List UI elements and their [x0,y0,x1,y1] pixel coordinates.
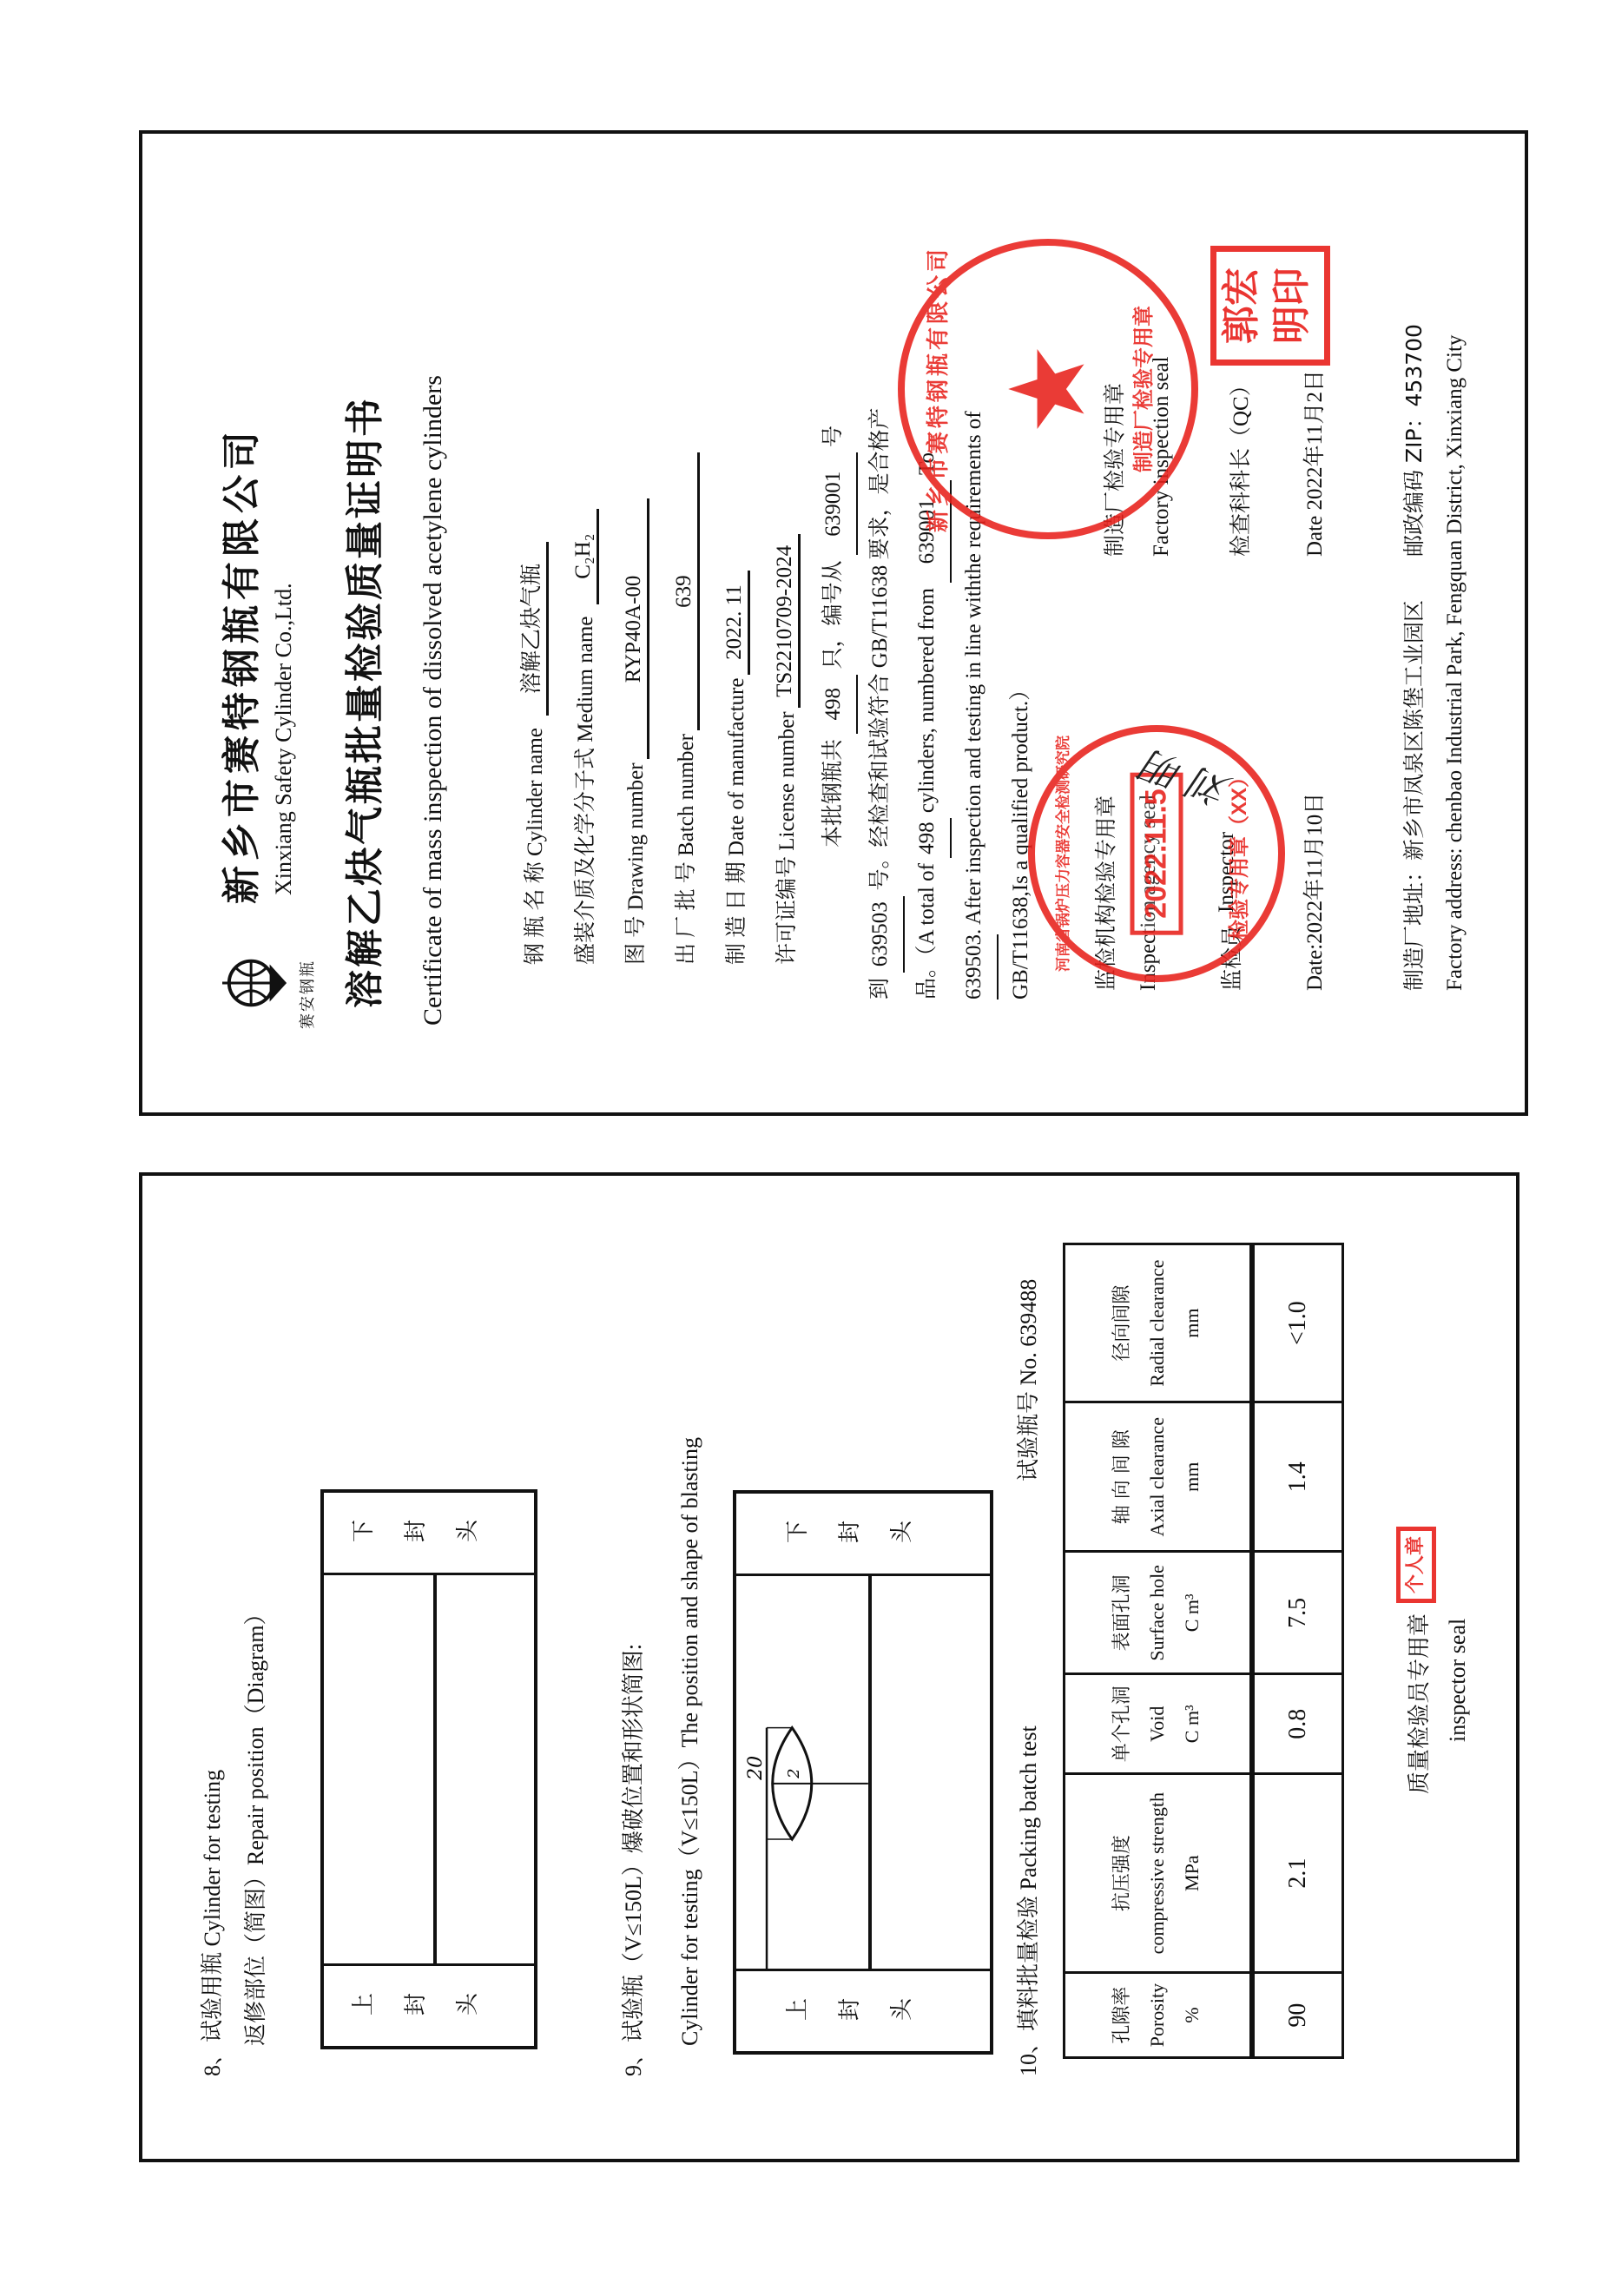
lower-head-label: 下封头 [324,1493,534,1575]
svg-text:2: 2 [785,1768,803,1778]
company-name-en: Xinxiang Safety Cylinder Co.,Ltd. [271,583,297,895]
star-icon: ★ [996,342,1100,436]
number-to: 639503 [858,896,905,973]
weld-seam-line [433,1573,437,1966]
section10-title: 10、填料批量检验 Packing batch test [1011,1725,1043,2076]
header-unit: % [1175,1977,1210,2053]
certificate-title-en: Certificate of mass inspection of dissol… [419,375,448,1026]
field-label: 出 厂 批 号 Batch number [669,734,700,965]
packing-batch-table: 孔隙率Porosity%抗压强度compressive strengthMPa单… [1063,1243,1344,2059]
section9-subtitle: Cylinder for testing（V≤150L）The position… [672,1437,704,2046]
column-header: 轴 向 间 隙Axial clearancemm [1065,1402,1253,1552]
svg-text:20: 20 [745,1756,767,1781]
test-record-panel: 8、试验用瓶 Cylinder for testing 返修部位（简图）Repa… [139,1172,1519,2162]
number-to-en: 639503 [952,934,999,1000]
field-license-number: 许可证编号 License number TS2210709-2024 [750,183,801,965]
number-from: 639001 [811,452,858,555]
certificate-page: 赛安钢瓶 新乡市赛特钢瓶有限公司 Xinxiang Safety Cylinde… [142,134,1525,1112]
cylinder-fields: 钢 瓶 名 称 Cylinder name 溶解乙炔气瓶 盛装介质及化学分子式 … [498,183,801,965]
factory-inspection-stamp: 新乡市赛特钢瓶有限公司 ★ 制造厂检验专用章 [898,239,1198,539]
statement-text: cylinders, numbered from [915,588,939,813]
header-en: Surface hole [1140,1556,1175,1669]
column-header: 孔隙率Porosity% [1065,1973,1253,2058]
column-header: 抗压强度compressive strengthMPa [1065,1774,1253,1973]
field-label: 制 造 日 期 Date of manufacture [719,678,750,965]
field-label: 图 号 Drawing number [618,762,649,965]
header-en: Radial clearance [1140,1249,1175,1397]
statement-text: 到 [868,978,892,1000]
section8-title: 8、试验用瓶 Cylinder for testing [194,1770,227,2076]
logo-caption: 赛安钢瓶 [295,960,318,1029]
header-cn: 单个孔洞 [1105,1679,1140,1769]
header-en: Axial clearance [1140,1407,1175,1547]
factory-address-cn: 制造厂地址：新乡市凤泉区陈堡工业园区 [1397,600,1428,991]
company-name-cn: 新乡市赛特钢瓶有限公司 [210,426,266,904]
field-label: 盛装介质及化学分子式 Medium name [568,617,599,965]
factory-address-en: Factory address: chenbao Industrial Park… [1443,335,1467,991]
statement-text: 号。经检查和试验符合 GB/T11638 要求，是合格产 [868,407,892,890]
table-cell: 90 [1252,1973,1343,2058]
statement-text: 号 [821,426,845,447]
inspector-seal-label-en: inspector seal [1445,1619,1471,1742]
statement-text: 本批钢瓶共 [821,739,845,848]
section8-subtitle: 返修部位（简图）Repair position（Diagram） [238,1602,270,2046]
header-en: Void [1140,1679,1175,1769]
shield-globe-logo-icon [222,949,290,1017]
test-cylinder-number: 试验瓶号 No. 639488 [1011,1279,1043,1481]
field-value: 2022. 11 [722,571,750,675]
header-unit: C m³ [1175,1679,1210,1769]
qc-personal-stamp: 郭宏明印 [1210,246,1330,366]
table-cell: <1.0 [1252,1244,1343,1402]
repair-position-diagram: 上封头下封头 [320,1489,537,2049]
date-right: Date 2022年11月2日 [1297,370,1328,557]
test-record-page: 8、试验用瓶 Cylinder for testing 返修部位（简图）Repa… [142,1176,1516,2159]
header-cn: 孔隙率 [1105,1977,1140,2053]
field-date-of-manufacture: 制 造 日 期 Date of manufacture 2022. 11 [700,183,750,965]
field-value: C₂H₂ [571,509,599,604]
column-header: 单个孔洞VoidC m³ [1065,1674,1253,1774]
total-count: 498 [811,675,858,734]
date-left: Date:2022年11月10日 [1297,793,1328,991]
header-unit: mm [1175,1249,1210,1397]
stamp-ring-text: 河南省锅炉压力容器安全检测研究院 [1051,732,1072,975]
section9-title: 9、试验瓶（V≤150L）爆破位置和形状简图: [616,1644,648,2076]
table-cell: 1.4 [1252,1402,1343,1552]
header-cn: 抗压强度 [1105,1778,1140,1968]
table-cell: 7.5 [1252,1552,1343,1674]
table-header-row: 孔隙率Porosity%抗压强度compressive strengthMPa单… [1065,1244,1253,2058]
field-batch-number: 出 厂 批 号 Batch number 639 [649,183,700,965]
header-unit: MPa [1175,1778,1210,1968]
zip-code: 邮政编码 ZIP：453700 [1397,324,1428,557]
field-medium-name: 盛装介质及化学分子式 Medium name C₂H₂ [549,183,599,965]
table-cell: 0.8 [1252,1674,1343,1774]
field-cylinder-name: 钢 瓶 名 称 Cylinder name 溶解乙炔气瓶 [498,183,549,965]
inspector-personal-stamp: 个人章 [1396,1527,1436,1603]
statement-text: 品。（A total of [915,863,939,1000]
field-value: 639 [672,452,700,730]
header-en: compressive strength [1140,1778,1175,1968]
table-row: 902.10.87.51.4<1.0 [1252,1244,1343,2058]
header-unit: mm [1175,1407,1210,1547]
table-cell: 2.1 [1252,1774,1343,1973]
stamp-ring-text: 新乡市赛特钢瓶有限公司 [920,246,953,532]
certificate-title-cn: 溶解乙炔气瓶批量检验质量证明书 [333,396,389,1008]
header-en: Porosity [1140,1977,1175,2053]
upper-head-label: 上封头 [324,1963,534,2046]
header-unit: C m³ [1175,1556,1210,1669]
blasting-position-diagram: 上封头下封头202 [733,1490,993,2055]
statement-text: 只，编号从 [821,560,845,669]
rupture-sketch: 202 [736,1494,990,2051]
total-count-en: 498 [905,818,952,858]
stamp-bottom-text: 制造厂检验专用章 [1126,246,1157,532]
certificate-panel: 赛安钢瓶 新乡市赛特钢瓶有限公司 Xinxiang Safety Cylinde… [139,130,1528,1116]
inspector-seal-label-cn: 质量检验员专用章 [1401,1613,1434,1794]
field-value: TS2210709-2024 [773,534,801,708]
field-value: RYP40A-00 [622,498,649,759]
field-label: 许可证编号 License number [769,711,801,965]
column-header: 径向间隙Radial clearancemm [1065,1244,1253,1402]
field-value: 溶解乙炔气瓶 [514,542,549,716]
header-cn: 表面孔洞 [1105,1556,1140,1669]
header-cn: 径向间隙 [1105,1249,1140,1397]
qc-label: 检查科科长（QC） [1223,374,1255,557]
field-label: 钢 瓶 名 称 Cylinder name [517,728,549,965]
header-cn: 轴 向 间 隙 [1105,1407,1140,1547]
field-drawing-number: 图 号 Drawing number RYP40A-00 [599,183,649,965]
column-header: 表面孔洞Surface holeC m³ [1065,1552,1253,1674]
